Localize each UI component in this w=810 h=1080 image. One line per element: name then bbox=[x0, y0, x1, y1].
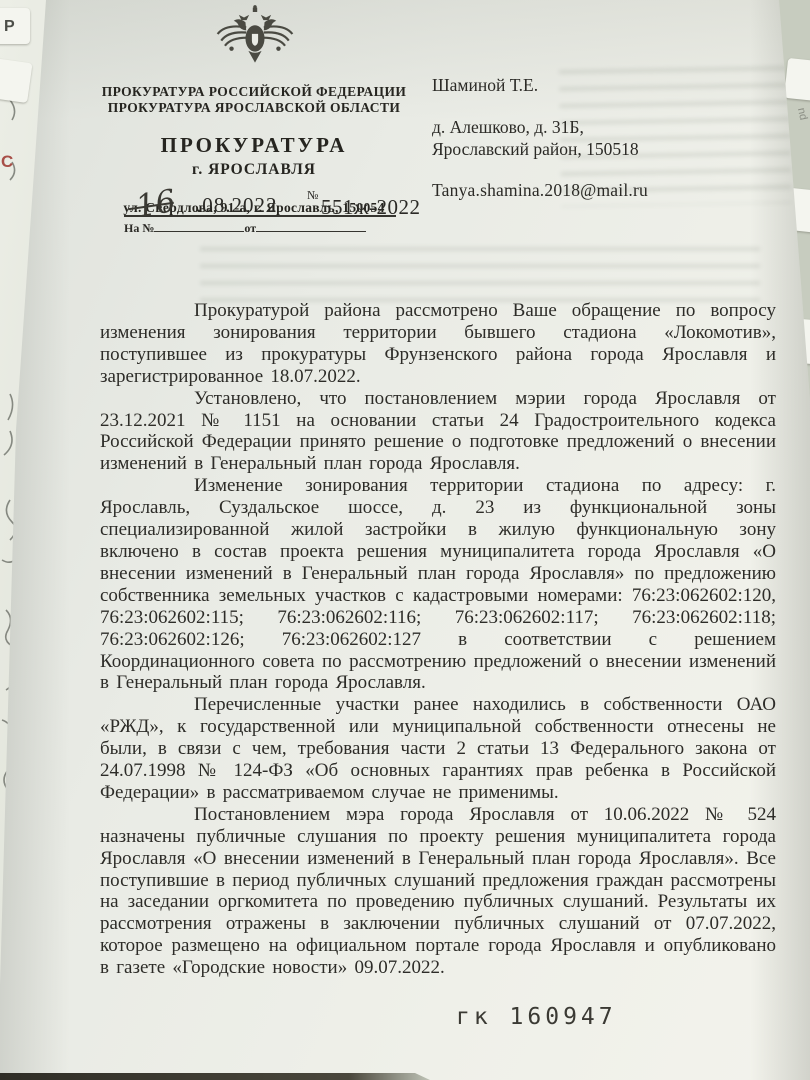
letterhead-title: ПРОКУРАТУРА bbox=[88, 133, 420, 158]
letter-paper: ПРОКУРАТУРА РОССИЙСКОЙ ФЕДЕРАЦИИ ПРОКУРА… bbox=[0, 0, 810, 1080]
document-photo: { "background": { "corner_letter": "P", … bbox=[0, 0, 810, 1080]
blank-line bbox=[154, 220, 244, 232]
typed-date: .08.2022 bbox=[196, 193, 278, 218]
ot-label: от bbox=[244, 221, 256, 235]
recipient-name: Шаминой Т.Е. bbox=[432, 74, 648, 96]
recipient-address-line2: Ярославский район, 150518 bbox=[432, 138, 648, 160]
background-red-letter-fragment: C bbox=[1, 152, 13, 172]
outgoing-number: 551ж-2022 bbox=[321, 195, 421, 220]
body-paragraph: Изменение зонирования территории стадион… bbox=[100, 475, 776, 694]
org-line-2: ПРОКУРАТУРА ЯРОСЛАВСКОЙ ОБЛАСТИ bbox=[88, 100, 420, 116]
desk-edge bbox=[0, 1072, 436, 1080]
keyboard-key-label: nd bbox=[795, 107, 809, 121]
body-paragraph: Установлено, что постановлением мэрии го… bbox=[100, 388, 776, 476]
incoming-ref-line: На №от bbox=[124, 220, 366, 236]
number-sign: № bbox=[307, 188, 318, 203]
org-line-1: ПРОКУРАТУРА РОССИЙСКОЙ ФЕДЕРАЦИИ bbox=[88, 84, 420, 100]
blank-line bbox=[256, 220, 366, 232]
registration-stamp: гк 160947 bbox=[456, 1004, 617, 1030]
russia-coat-of-arms-icon bbox=[211, 3, 299, 87]
recipient-email: Tanya.shamina.2018@mail.ru bbox=[432, 179, 648, 201]
body-paragraph: Прокуратурой района рассмотрено Ваше обр… bbox=[100, 300, 776, 388]
background-letter-fragment: P bbox=[4, 18, 15, 36]
recipient-block: Шаминой Т.Е. д. Алешково, д. 31Б, Яросла… bbox=[432, 74, 648, 201]
reference-block: 16 .08.2022 № 551ж-2022 На №от bbox=[124, 190, 416, 236]
na-label: На № bbox=[124, 221, 154, 235]
letter-body: Прокуратурой района рассмотрено Ваше обр… bbox=[100, 300, 776, 979]
letter-content: ПРОКУРАТУРА РОССИЙСКОЙ ФЕДЕРАЦИИ ПРОКУРА… bbox=[0, 0, 810, 1080]
keyboard-key bbox=[0, 57, 33, 103]
recipient-address-line1: д. Алешково, д. 31Б, bbox=[432, 116, 648, 138]
body-paragraph: Постановлением мэра города Ярославля от … bbox=[100, 804, 776, 979]
letterhead-city: г. ЯРОСЛАВЛЯ bbox=[88, 161, 420, 179]
keyboard-key bbox=[784, 58, 810, 102]
body-paragraph: Перечисленные участки ранее находились в… bbox=[100, 694, 776, 804]
